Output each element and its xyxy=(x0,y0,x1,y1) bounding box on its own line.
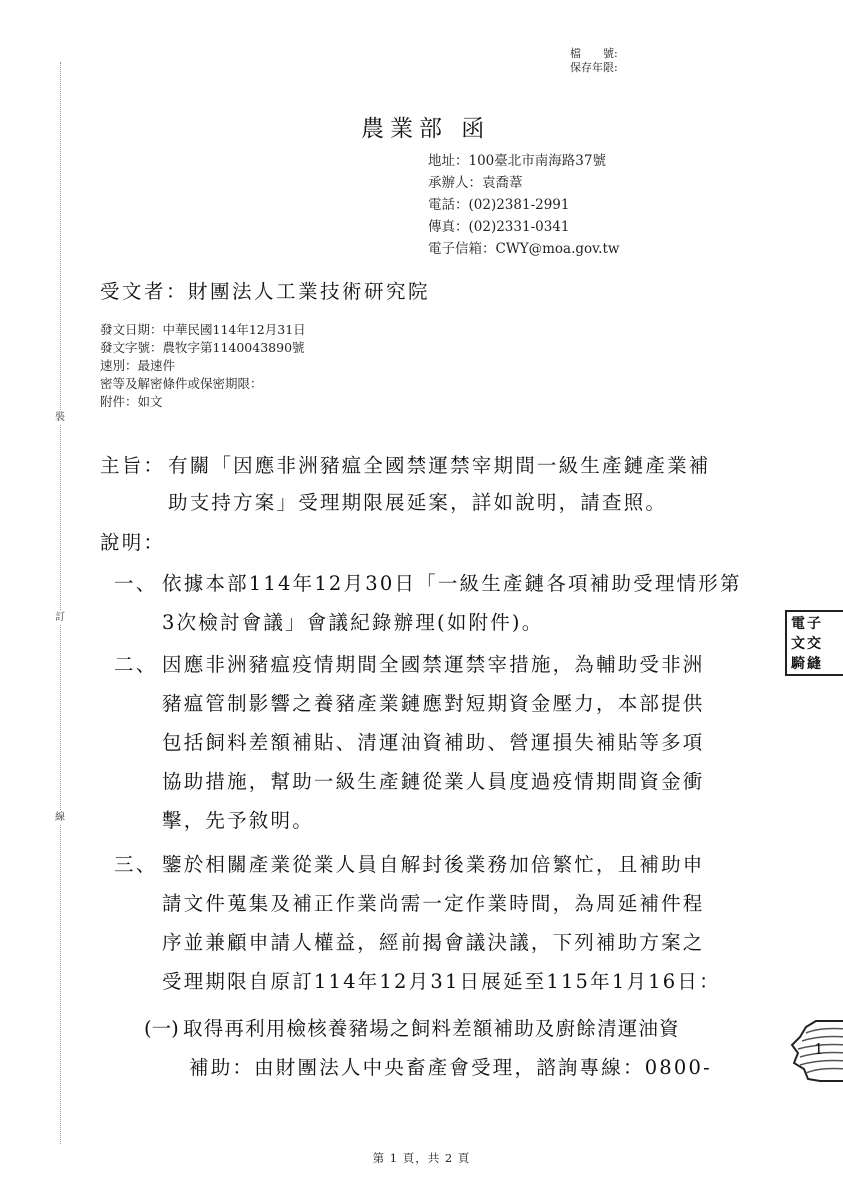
contact-address: 地址：100臺北市南海路37號 xyxy=(428,150,619,172)
urgency: 速別：最速件 xyxy=(100,357,306,375)
subitem-1-line-1: 取得再利用檢核養豬場之飼料差額補助及廚餘清運油資 xyxy=(183,1013,680,1041)
item-2-marker: 二、 xyxy=(114,649,157,677)
item-2-line-2: 豬瘟管制影響之養豬產業鏈應對短期資金壓力，本部提供 xyxy=(162,688,705,716)
item-3-line-2: 請文件蒐集及補正作業尚需一定作業時間，為周延補件程 xyxy=(162,888,705,916)
item-1-line-1: 依據本部114年12月30日「一級生產鏈各項補助受理情形第 xyxy=(162,568,742,596)
contact-handler: 承辦人：袁喬葦 xyxy=(428,172,619,194)
stamp-row-3: 騎縫 xyxy=(791,654,843,674)
retention-period-label: 保存年限: xyxy=(570,61,618,75)
stamp-row-2: 文交 xyxy=(791,634,843,654)
subitem-1-line-2: 補助：由財團法人中央畜產會受理，諮詢專線：0800- xyxy=(189,1052,712,1080)
item-3-marker: 三、 xyxy=(114,849,157,877)
item-2-line-1: 因應非洲豬瘟疫情期間全國禁運禁宰措施，為輔助受非洲 xyxy=(162,649,705,677)
file-number-label: 檔 號: xyxy=(570,47,618,61)
page-seam-seal-icon: 1 xyxy=(786,1017,843,1083)
issue-date: 發文日期：中華民國114年12月31日 xyxy=(100,321,306,339)
subject-line-1: 有關「因應非洲豬瘟全國禁運禁宰期間一級生產鏈產業補 xyxy=(168,450,711,478)
contact-email: 電子信箱：CWY@moa.gov.tw xyxy=(428,238,619,260)
archive-info: 檔 號: 保存年限: xyxy=(570,47,618,75)
subject-line-2: 助支持方案」受理期限展延案，詳如說明，請查照。 xyxy=(168,487,667,515)
item-1-marker: 一、 xyxy=(114,568,157,596)
recipient: 受文者：財團法人工業技術研究院 xyxy=(100,276,430,304)
document-number: 發文字號：農牧字第1140043890號 xyxy=(100,339,306,357)
binding-char-ding: 訂 xyxy=(53,611,67,625)
item-2-line-3: 包括飼料差額補貼、清運油資補助、營運損失補貼等多項 xyxy=(162,727,705,755)
contact-block: 地址：100臺北市南海路37號 承辦人：袁喬葦 電話：(02)2381-2991… xyxy=(428,150,619,260)
explanation-label: 說明： xyxy=(100,527,165,555)
document-page: 裝 訂 線 檔 號: 保存年限: 農業部 函 地址：100臺北市南海路37號 承… xyxy=(0,0,843,1200)
contact-fax: 傳真：(02)2331-0341 xyxy=(428,216,619,238)
item-3-line-4: 受理期限自原訂114年12月31日展延至115年1月16日： xyxy=(162,966,721,994)
page-indicator: 第 1 頁，共 2 頁 xyxy=(0,1150,843,1166)
stamp-row-1: 電子 xyxy=(791,614,843,634)
document-title: 農業部 函 xyxy=(361,110,490,143)
binding-char-xian: 線 xyxy=(53,811,67,825)
item-3-line-3: 序並兼顧申請人權益，經前揭會議決議，下列補助方案之 xyxy=(162,927,705,955)
item-2-line-5: 擊，先予敘明。 xyxy=(162,805,314,833)
document-meta: 發文日期：中華民國114年12月31日 發文字號：農牧字第1140043890號… xyxy=(100,321,306,411)
contact-phone: 電話：(02)2381-2991 xyxy=(428,194,619,216)
classification: 密等及解密條件或保密期限： xyxy=(100,375,306,393)
attachment: 附件：如文 xyxy=(100,393,306,411)
electronic-seam-stamp: 電子 文交 騎縫 xyxy=(785,610,843,676)
subitem-1-marker: (一) xyxy=(144,1013,179,1041)
binding-dotted-line xyxy=(60,62,61,1144)
seal-page-number: 1 xyxy=(814,1040,824,1058)
item-3-line-1: 鑒於相關產業從業人員自解封後業務加倍繁忙，且補助申 xyxy=(162,849,705,877)
subject-label: 主旨： xyxy=(100,450,165,478)
item-2-line-4: 協助措施，幫助一級生產鏈從業人員度過疫情期間資金衝 xyxy=(162,766,705,794)
item-1-line-2: 3次檢討會議」會議紀錄辦理(如附件)。 xyxy=(162,607,543,635)
binding-char-zhuang: 裝 xyxy=(53,411,67,425)
